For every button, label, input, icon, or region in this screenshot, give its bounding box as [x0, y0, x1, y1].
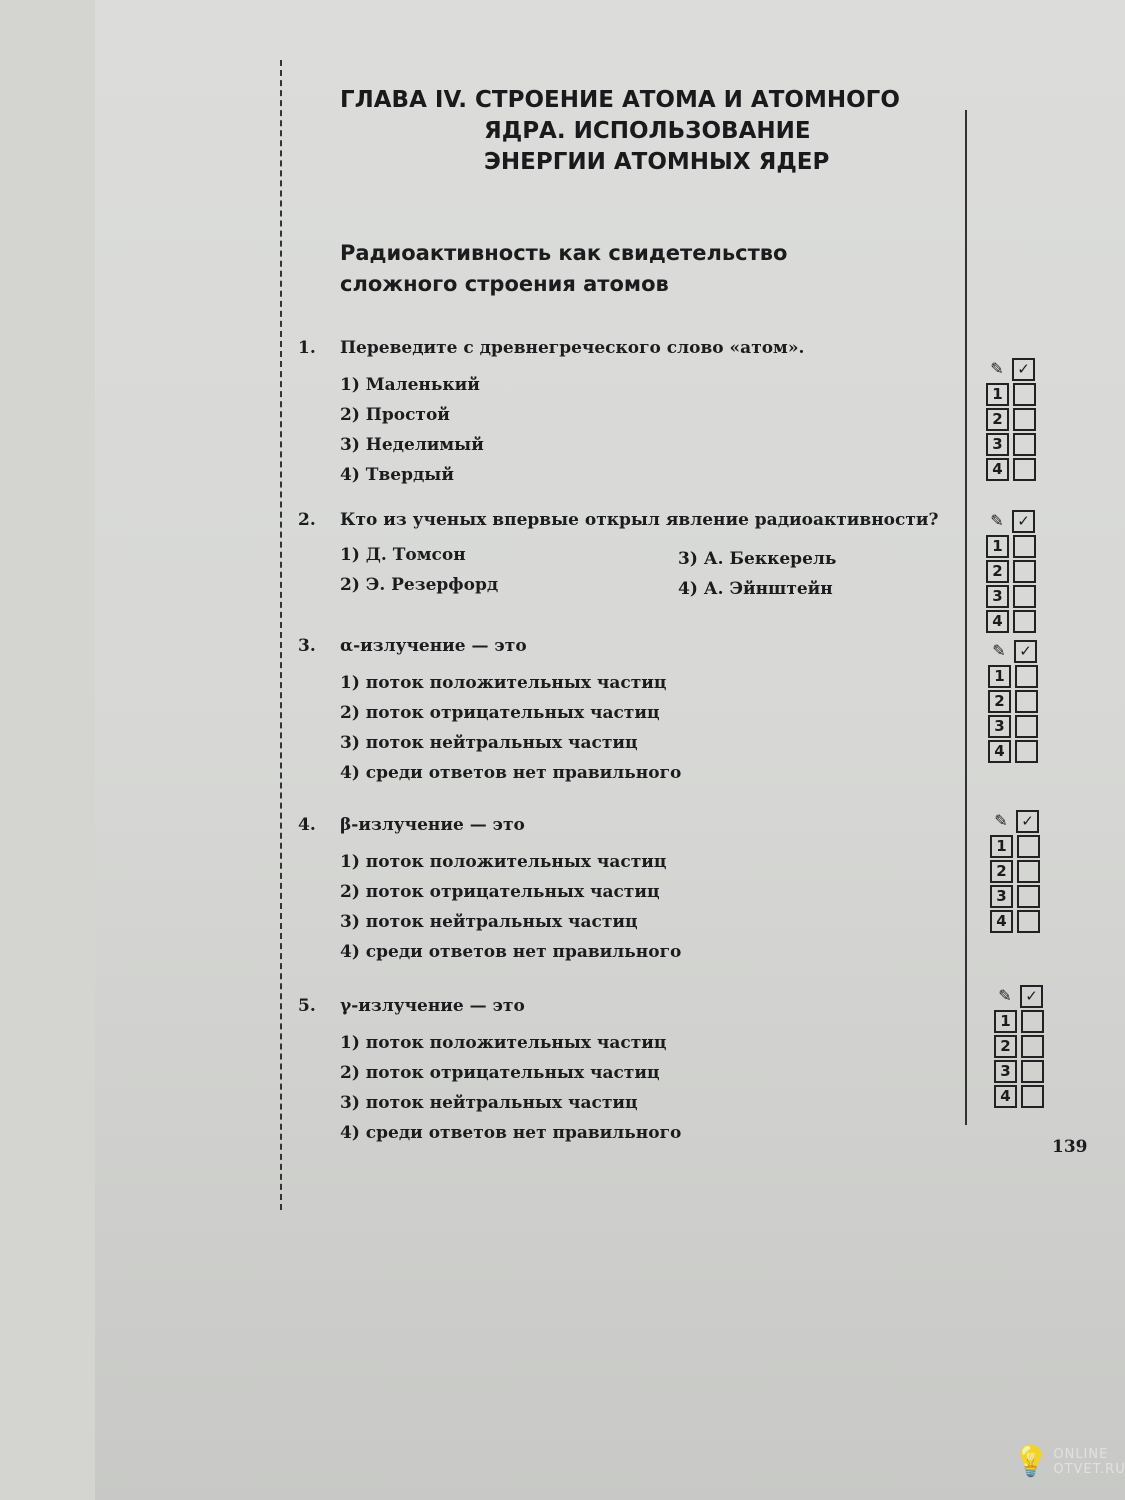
pencil-icon: ✎: [994, 986, 1016, 1006]
answer-number: 2: [986, 408, 1009, 431]
answer-checkbox[interactable]: [1021, 1010, 1044, 1033]
answer-option: 2) Э. Резерфорд: [340, 570, 498, 600]
answer-option: 2) Простой: [340, 400, 484, 430]
answer-checkbox[interactable]: [1013, 433, 1036, 456]
answer-number: 1: [986, 535, 1009, 558]
watermark: 💡 ONLINE OTVET.RU: [1012, 1444, 1125, 1479]
answer-option: 1) поток положительных частиц: [340, 668, 681, 698]
answer-checkbox[interactable]: [1015, 690, 1038, 713]
answer-option: 3) поток нейтральных частиц: [340, 1088, 681, 1118]
answer-option: 4) Твердый: [340, 460, 484, 490]
answer-checkbox[interactable]: [1013, 610, 1036, 633]
answer-option: 1) Маленький: [340, 370, 484, 400]
answer-number: 2: [988, 690, 1011, 713]
answer-option: 2) поток отрицательных частиц: [340, 877, 681, 907]
cut-line: [280, 60, 282, 1210]
pencil-icon: ✎: [990, 811, 1012, 831]
answer-number: 4: [988, 740, 1011, 763]
answer-checkbox[interactable]: [1013, 560, 1036, 583]
answer-number: 1: [988, 665, 1011, 688]
answer-checkbox[interactable]: [1017, 835, 1040, 858]
answer-checkbox[interactable]: [1021, 1060, 1044, 1083]
answer-checkbox[interactable]: [1013, 408, 1036, 431]
answer-number: 1: [986, 383, 1009, 406]
answer-box-q5: ✎✓1234: [994, 985, 1046, 1110]
check-icon: ✓: [1016, 810, 1039, 833]
answer-checkbox[interactable]: [1017, 910, 1040, 933]
section-title-line: сложного строения атомов: [340, 269, 900, 300]
answer-number: 4: [990, 910, 1013, 933]
answer-number: 2: [990, 860, 1013, 883]
answer-option: 2) поток отрицательных частиц: [340, 1058, 681, 1088]
answer-checkbox[interactable]: [1015, 715, 1038, 738]
answer-option: 3) А. Беккерель: [678, 544, 836, 574]
check-icon: ✓: [1020, 985, 1043, 1008]
page-number: 139: [1052, 1137, 1088, 1157]
answer-box-q1: ✎✓1234: [986, 358, 1038, 483]
answer-number: 1: [990, 835, 1013, 858]
answer-checkbox[interactable]: [1017, 885, 1040, 908]
answer-number: 2: [986, 560, 1009, 583]
answer-option: 3) поток нейтральных частиц: [340, 907, 681, 937]
pencil-icon: ✎: [986, 359, 1008, 379]
answer-option: 3) Неделимый: [340, 430, 484, 460]
answer-checkbox[interactable]: [1013, 535, 1036, 558]
chapter-title-line: ЭНЕРГИИ АТОМНЫХ ЯДЕР: [340, 147, 940, 178]
section-title-line: Радиоактивность как свидетельство: [340, 238, 900, 269]
question-number: 5.: [298, 996, 316, 1016]
answer-box-q2: ✎✓1234: [986, 510, 1038, 635]
answer-option: 3) поток нейтральных частиц: [340, 728, 681, 758]
answer-checkbox[interactable]: [1013, 585, 1036, 608]
answer-number: 4: [986, 610, 1009, 633]
answer-checkbox[interactable]: [1013, 383, 1036, 406]
question-text: α-излучение — это: [340, 636, 527, 656]
question-number: 1.: [298, 338, 316, 358]
question-number: 2.: [298, 510, 316, 530]
answer-number: 3: [986, 433, 1009, 456]
answer-option: 1) поток положительных частиц: [340, 847, 681, 877]
watermark-line: ONLINE: [1053, 1447, 1125, 1462]
answer-number: 1: [994, 1010, 1017, 1033]
pencil-icon: ✎: [988, 641, 1010, 661]
question-text: β-излучение — это: [340, 815, 525, 835]
section-title: Радиоактивность как свидетельство сложно…: [340, 238, 900, 300]
answer-checkbox[interactable]: [1015, 665, 1038, 688]
lightbulb-icon: 💡: [1012, 1444, 1049, 1479]
answer-number: 3: [994, 1060, 1017, 1083]
question-number: 4.: [298, 815, 316, 835]
question-number: 3.: [298, 636, 316, 656]
answer-number: 2: [994, 1035, 1017, 1058]
answer-checkbox[interactable]: [1017, 860, 1040, 883]
question-text: Переведите с древнегреческого слово «ато…: [340, 338, 804, 358]
chapter-title-line: ГЛАВА IV. СТРОЕНИЕ АТОМА И АТОМНОГО: [340, 85, 940, 116]
answer-number: 3: [990, 885, 1013, 908]
answer-checkbox[interactable]: [1013, 458, 1036, 481]
answer-option: 1) Д. Томсон: [340, 540, 466, 570]
answer-option: 2) поток отрицательных частиц: [340, 698, 681, 728]
answer-checkbox[interactable]: [1021, 1085, 1044, 1108]
question-text: γ-излучение — это: [340, 996, 525, 1016]
answer-column-divider: [965, 110, 967, 1125]
answer-number: 4: [994, 1085, 1017, 1108]
check-icon: ✓: [1012, 358, 1035, 381]
chapter-title-line: ЯДРА. ИСПОЛЬЗОВАНИЕ: [340, 116, 940, 147]
pencil-icon: ✎: [986, 511, 1008, 531]
answer-box-q4: ✎✓1234: [990, 810, 1042, 935]
answer-option: 1) поток положительных частиц: [340, 1028, 681, 1058]
answer-option: 4) среди ответов нет правильного: [340, 1118, 681, 1148]
answer-option: 4) среди ответов нет правильного: [340, 758, 681, 788]
check-icon: ✓: [1012, 510, 1035, 533]
answer-box-q3: ✎✓1234: [988, 640, 1040, 765]
watermark-line: OTVET.RU: [1053, 1462, 1125, 1477]
chapter-title: ГЛАВА IV. СТРОЕНИЕ АТОМА И АТОМНОГО ЯДРА…: [340, 85, 940, 178]
answer-option: 4) А. Эйнштейн: [678, 574, 833, 604]
answer-number: 4: [986, 458, 1009, 481]
answer-checkbox[interactable]: [1015, 740, 1038, 763]
answer-option: 4) среди ответов нет правильного: [340, 937, 681, 967]
answer-number: 3: [988, 715, 1011, 738]
answer-number: 3: [986, 585, 1009, 608]
question-text: Кто из ученых впервые открыл явление рад…: [340, 510, 938, 530]
check-icon: ✓: [1014, 640, 1037, 663]
answer-checkbox[interactable]: [1021, 1035, 1044, 1058]
